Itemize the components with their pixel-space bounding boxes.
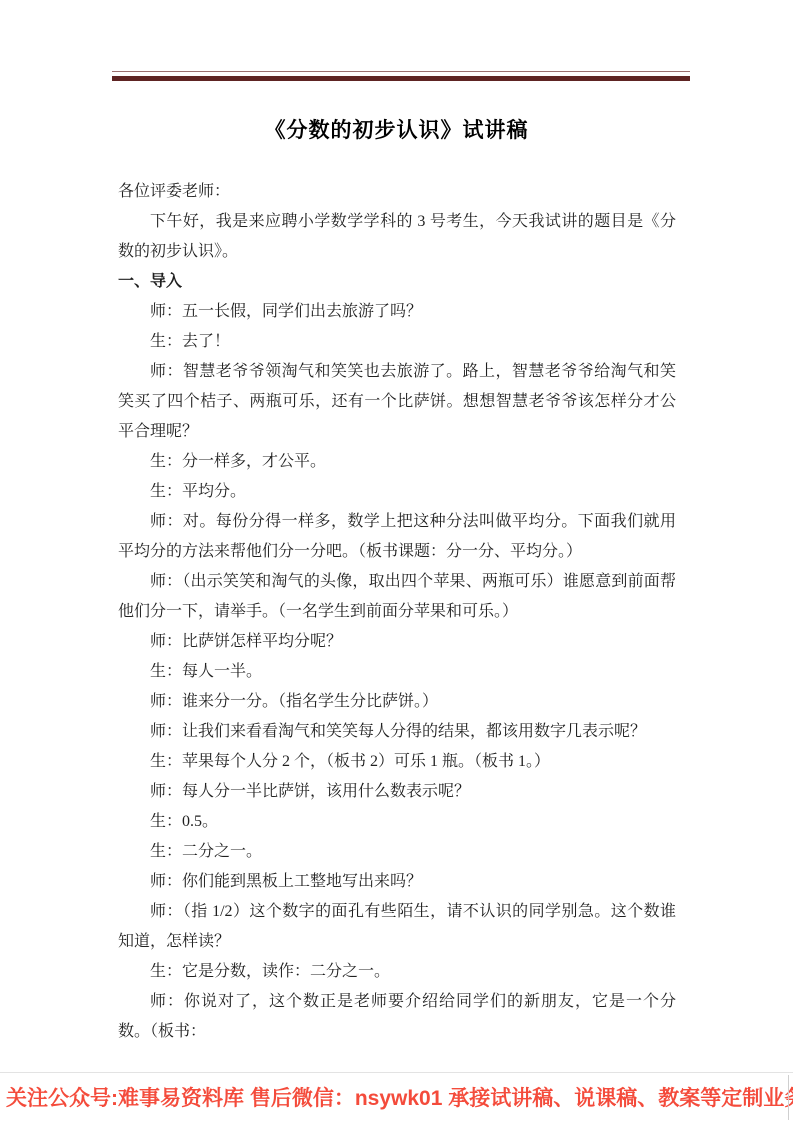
dialogue-paragraph: 师：（指 1/2）这个数字的面孔有些陌生，请不认识的同学别急。这个数谁知道，怎样… [118, 897, 676, 957]
dialogue-paragraph: 生：平均分。 [118, 477, 676, 507]
dialogue-paragraph: 师：每人分一半比萨饼，该用什么数表示呢？ [118, 777, 676, 807]
dialogue-paragraph: 生：每人一半。 [118, 657, 676, 687]
dialogue-paragraph: 生：二分之一。 [118, 837, 676, 867]
greeting-line: 各位评委老师： [118, 177, 676, 207]
intro-paragraph: 下午好，我是来应聘小学数学学科的 3 号考生，今天我试讲的题目是《分数的初步认识… [118, 207, 676, 267]
dialogue-paragraph: 师：你说对了，这个数正是老师要介绍给同学们的新朋友，它是一个分数。（板书： [118, 987, 676, 1047]
dialogue-paragraph: 师：对。每份分得一样多，数学上把这种分法叫做平均分。下面我们就用平均分的方法来帮… [118, 507, 676, 567]
header-divider-thick-line [112, 76, 690, 81]
footer-banner: 关注公众号:难事易资料库 售后微信：nsywk01 承接试讲稿、说课稿、教案等定… [0, 1072, 793, 1122]
dialogue-paragraph: 生：苹果每个人分 2 个，（板书 2）可乐 1 瓶。（板书 1。） [118, 747, 676, 777]
dialogue-paragraph: 师：谁来分一分。（指名学生分比萨饼。） [118, 687, 676, 717]
document-body: 各位评委老师： 下午好，我是来应聘小学数学学科的 3 号考生，今天我试讲的题目是… [118, 177, 676, 1047]
dialogue-paragraph: 师：你们能到黑板上工整地写出来吗？ [118, 867, 676, 897]
document-title: 《分数的初步认识》试讲稿 [0, 114, 793, 144]
dialogue-paragraph: 师：五一长假，同学们出去旅游了吗？ [118, 297, 676, 327]
footer-right-edge-line [788, 1075, 789, 1120]
dialogue-paragraph: 师：比萨饼怎样平均分呢？ [118, 627, 676, 657]
dialogue-paragraph: 生：0.5。 [118, 807, 676, 837]
dialogue-paragraph: 师：让我们来看看淘气和笑笑每人分得的结果，都该用数字几表示呢？ [118, 717, 676, 747]
dialogue-list: 师：五一长假，同学们出去旅游了吗？生：去了！师：智慧老爷爷领淘气和笑笑也去旅游了… [118, 297, 676, 1047]
document-page: { "colors":{ "accent_dark":"#5e2423", "a… [0, 0, 793, 1122]
dialogue-paragraph: 师：（出示笑笑和淘气的头像，取出四个苹果、两瓶可乐）谁愿意到前面帮他们分一下，请… [118, 567, 676, 627]
dialogue-paragraph: 生：它是分数，读作：二分之一。 [118, 957, 676, 987]
dialogue-paragraph: 生：分一样多，才公平。 [118, 447, 676, 477]
header-divider-rule [112, 71, 690, 81]
section-heading: 一、导入 [118, 267, 676, 297]
dialogue-paragraph: 生：去了！ [118, 327, 676, 357]
dialogue-paragraph: 师：智慧老爷爷领淘气和笑笑也去旅游了。路上，智慧老爷爷给淘气和笑笑买了四个桔子、… [118, 357, 676, 447]
footer-promo-text: 关注公众号:难事易资料库 售后微信：nsywk01 承接试讲稿、说课稿、教案等定… [6, 1082, 793, 1112]
